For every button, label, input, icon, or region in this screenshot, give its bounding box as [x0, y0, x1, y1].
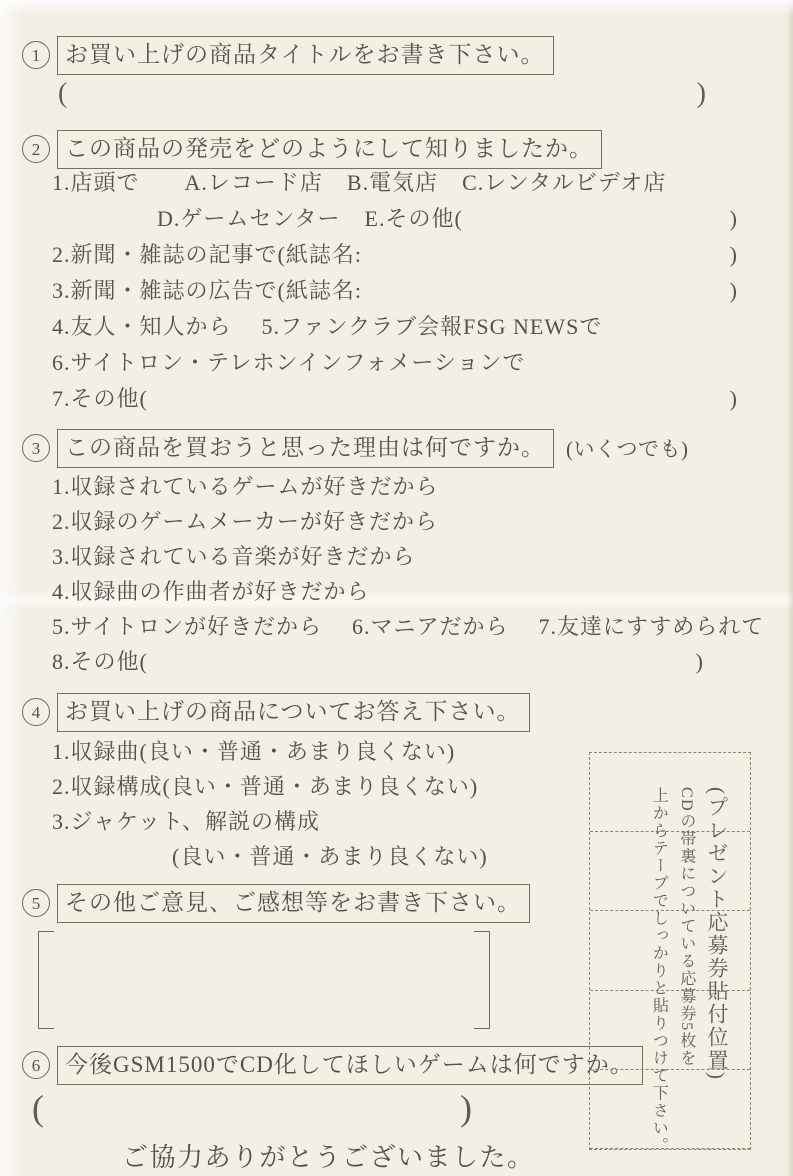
option-text: 8.その他( [52, 645, 148, 676]
question-3-note: (いくつでも) [566, 433, 689, 463]
question-6-header: 6 今後GSM1500でCD化してほしいゲームは何ですか。 [22, 1046, 643, 1085]
option-line: 1.収録されているゲームが好きだから [52, 470, 738, 505]
question-2-number: 2 [22, 135, 50, 163]
option-line: 3.収録されている音楽が好きだから [52, 540, 738, 575]
option-text: B.電気店 [347, 166, 438, 197]
close-paren: ) [730, 206, 738, 232]
option-line: 8.その他( ) [52, 645, 738, 680]
question-5-number: 5 [22, 889, 50, 917]
ticket-attachment-box: (プレゼント応募券貼付位置) CDの帯裏についている応募券5枚を 上からテープで… [589, 752, 751, 1150]
comment-area [38, 931, 490, 1029]
close-paren: ) [730, 242, 738, 268]
question-5-header: 5 その他ご意見、ご感想等をお書き下さい。 [22, 884, 530, 923]
option-line: 2.新聞・雑誌の記事で(紙誌名: ) [52, 238, 738, 274]
question-2-title: この商品の発売をどのようにして知りましたか。 [57, 130, 602, 169]
question-4-header: 4 お買い上げの商品についてお答え下さい。 [22, 693, 530, 732]
question-1-answer-line: ( ) [58, 80, 706, 108]
close-paren: ) [730, 386, 738, 412]
question-4-items: 1.収録曲(良い・普通・あまり良くない) 2.収録構成(良い・普通・あまり良くな… [52, 735, 553, 875]
option-line: 4.友人・知人から 5.ファンクラブ会報FSG NEWSで [52, 310, 738, 346]
option-text: 5.サイトロンが好きだから [52, 610, 322, 641]
question-6-answer-line: ( ) [32, 1090, 472, 1126]
rating-line: 3.ジャケット、解説の構成 [52, 805, 553, 840]
question-5-title: その他ご意見、ご感想等をお書き下さい。 [57, 884, 530, 923]
question-2-header: 2 この商品の発売をどのようにして知りましたか。 [22, 130, 602, 169]
question-6-title: 今後GSM1500でCD化してほしいゲームは何ですか。 [57, 1046, 643, 1085]
rating-text: 2.収録構成(良い・普通・あまり良くない) [52, 770, 478, 801]
option-text: 7.その他( [52, 382, 148, 413]
option-line: 6.サイトロン・テレホンインフォメーションで [52, 346, 738, 382]
option-text: 1.収録されているゲームが好きだから [52, 470, 439, 501]
option-text: E.その他( [365, 202, 463, 233]
thank-you-message: ご協力ありがとうございました。 [122, 1137, 535, 1174]
question-1-header: 1 お買い上げの商品タイトルをお書き下さい。 [22, 36, 554, 75]
attachment-instruction: CDの帯裏についている応募券5枚を [677, 787, 695, 1165]
option-text: 2.収録のゲームメーカーが好きだから [52, 505, 438, 536]
option-line: 5.サイトロンが好きだから 6.マニアだから 7.友達にすすめられて [52, 610, 738, 645]
option-line: 7.その他( ) [52, 382, 738, 418]
option-text: 3.収録されている音楽が好きだから [52, 540, 416, 571]
close-paren: ) [696, 649, 704, 675]
open-paren: ( [32, 1090, 44, 1126]
question-3-title: この商品を買おうと思った理由は何ですか。 [57, 429, 554, 468]
question-2-options: 1.店頭で A.レコード店 B.電気店 C.レンタルビデオ店 D.ゲームセンター… [52, 166, 738, 418]
option-text: 6.マニアだから [352, 610, 509, 641]
close-paren: ) [697, 80, 706, 108]
question-1-title: お買い上げの商品タイトルをお書き下さい。 [57, 36, 554, 75]
open-paren: ( [58, 80, 67, 108]
option-text: 7.友達にすすめられて [538, 610, 764, 641]
rating-text: 3.ジャケット、解説の構成 [52, 805, 320, 836]
question-4-number: 4 [22, 698, 50, 726]
option-text: C.レンタルビデオ店 [462, 166, 666, 197]
close-paren: ) [730, 278, 738, 304]
rating-text: (良い・普通・あまり良くない) [172, 840, 488, 871]
question-3-header: 3 この商品を買おうと思った理由は何ですか。 (いくつでも) [22, 429, 689, 468]
rating-line: (良い・普通・あまり良くない) [52, 840, 553, 875]
rating-line: 2.収録構成(良い・普通・あまり良くない) [52, 770, 553, 805]
option-line: D.ゲームセンター E.その他( ) [52, 202, 738, 238]
option-line: 1.店頭で A.レコード店 B.電気店 C.レンタルビデオ店 [52, 166, 738, 202]
option-text: A.レコード店 [185, 166, 323, 197]
attachment-instruction: 上からテープでしっかりと貼りつけて下さい。 [650, 787, 668, 1165]
left-bracket [38, 931, 54, 1029]
close-paren: ) [460, 1090, 472, 1126]
option-text: 6.サイトロン・テレホンインフォメーションで [52, 346, 525, 377]
option-text: 1.店頭で [52, 166, 140, 197]
option-line: 3.新聞・雑誌の広告で(紙誌名: ) [52, 274, 738, 310]
rating-line: 1.収録曲(良い・普通・あまり良くない) [52, 735, 553, 770]
question-1-number: 1 [22, 41, 50, 69]
attachment-title: (プレゼント応募券貼付位置) [705, 787, 728, 1165]
rating-text: 1.収録曲(良い・普通・あまり良くない) [52, 735, 455, 766]
question-4-title: お買い上げの商品についてお答え下さい。 [57, 693, 530, 732]
question-3-options: 1.収録されているゲームが好きだから 2.収録のゲームメーカーが好きだから 3.… [52, 470, 738, 680]
option-line: 4.収録曲の作曲者が好きだから [52, 575, 738, 610]
option-text: 2.新聞・雑誌の記事で(紙誌名: [52, 238, 362, 269]
right-bracket [474, 931, 490, 1029]
option-text: D.ゲームセンター [157, 202, 341, 233]
question-3-number: 3 [22, 434, 50, 462]
question-6-number: 6 [22, 1051, 50, 1079]
option-text: 4.収録曲の作曲者が好きだから [52, 575, 370, 606]
ticket-attachment-caption: (プレゼント応募券貼付位置) CDの帯裏についている応募券5枚を 上からテープで… [640, 787, 728, 1165]
option-text: 3.新聞・雑誌の広告で(紙誌名: [52, 274, 362, 305]
option-text: 4.友人・知人から [52, 310, 232, 341]
survey-card: 1 お買い上げの商品タイトルをお書き下さい。 ( ) 2 この商品の発売をどのよ… [0, 0, 793, 1176]
option-line: 2.収録のゲームメーカーが好きだから [52, 505, 738, 540]
option-text: 5.ファンクラブ会報FSG NEWSで [262, 310, 603, 341]
